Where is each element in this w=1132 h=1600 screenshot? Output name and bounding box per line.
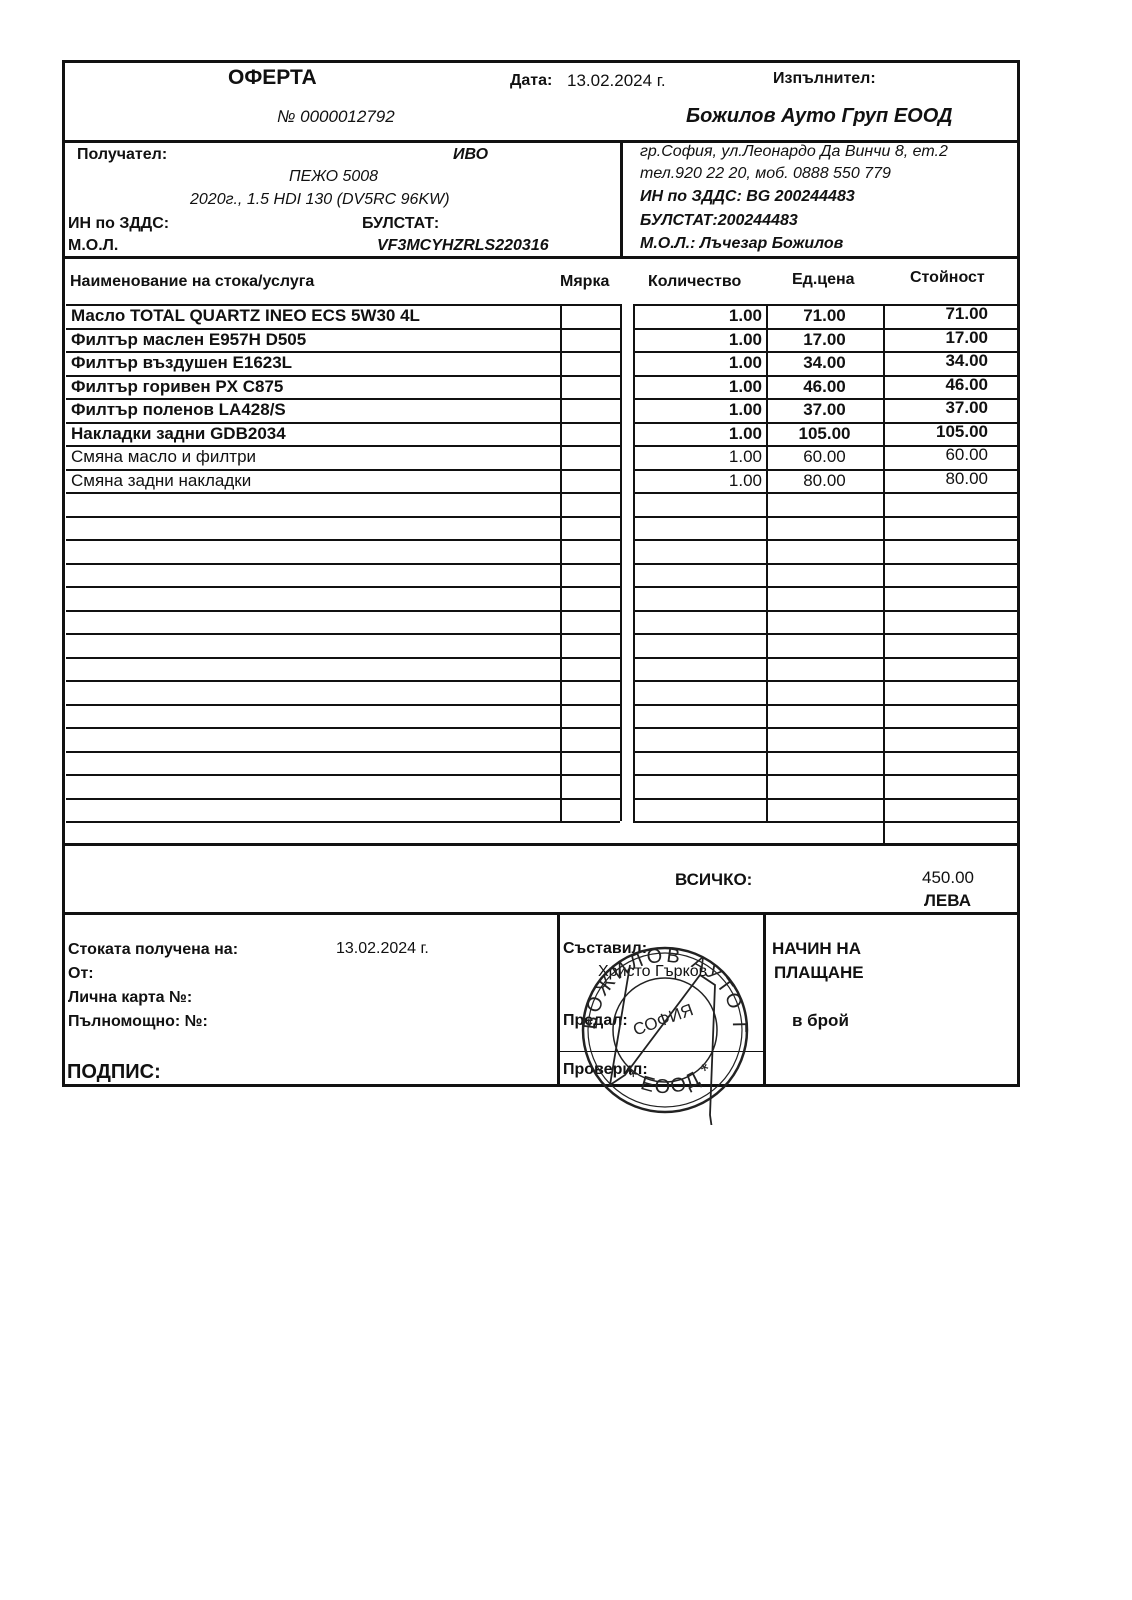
col-header-unit: Мярка — [560, 273, 609, 291]
executor-mol: М.О.Л.: Лъчезар Божилов — [640, 235, 843, 253]
date-value: 13.02.2024 г. — [567, 71, 666, 91]
document-title: ОФЕРТА — [228, 66, 317, 90]
divider — [557, 1051, 763, 1052]
item-price: 71.00 — [766, 306, 883, 326]
item-qty: 1.00 — [633, 377, 762, 397]
handed-label: Предал: — [563, 1012, 628, 1030]
row-divider — [66, 492, 620, 494]
item-name: Филтър маслен E957H D505 — [71, 330, 306, 350]
recipient-name: ИВО — [453, 146, 488, 164]
received-label: Стоката получена на: — [68, 941, 238, 959]
item-name: Накладки задни GDB2034 — [71, 424, 286, 444]
row-divider — [633, 798, 1018, 800]
row-divider — [66, 610, 620, 612]
item-total: 80.00 — [883, 469, 988, 489]
item-total: 105.00 — [883, 422, 988, 442]
recipient-bulstat-label: БУЛСТАТ: — [362, 215, 439, 233]
executor-address: гр.София, ул.Леонардо Да Винчи 8, ет.2 — [640, 143, 948, 161]
row-divider — [66, 680, 620, 682]
col-header-qty: Количество — [648, 273, 741, 291]
row-divider — [633, 586, 1018, 588]
item-qty: 1.00 — [633, 424, 762, 444]
from-label: От: — [68, 965, 94, 983]
item-price: 17.00 — [766, 330, 883, 350]
item-total: 37.00 — [883, 398, 988, 418]
row-divider — [633, 704, 1018, 706]
row-divider — [66, 586, 620, 588]
row-divider — [66, 539, 620, 541]
item-name: Смяна масло и филтри — [71, 447, 256, 467]
row-divider — [633, 492, 1018, 494]
vehicle-details: 2020г., 1.5 HDI 130 (DV5RC 96KW) — [190, 191, 450, 209]
row-divider — [66, 516, 620, 518]
item-qty: 1.00 — [633, 306, 762, 326]
recipient-mol-label: М.О.Л. — [68, 237, 118, 255]
row-divider — [633, 539, 1018, 541]
item-name: Филтър поленов LA428/S — [71, 400, 286, 420]
vehicle-model: ПЕЖО 5008 — [289, 168, 378, 186]
row-divider — [66, 821, 620, 823]
item-price: 46.00 — [766, 377, 883, 397]
item-name: Филтър горивен PX C875 — [71, 377, 283, 397]
total-label: ВСИЧКО: — [675, 870, 752, 890]
item-price: 34.00 — [766, 353, 883, 373]
id-card-label: Лична карта №: — [68, 989, 192, 1007]
divider — [62, 912, 1020, 915]
item-name: Смяна задни накладки — [71, 471, 251, 491]
item-name: Филтър въздушен E1623L — [71, 353, 292, 373]
row-divider — [633, 516, 1018, 518]
row-divider — [633, 774, 1018, 776]
received-date: 13.02.2024 г. — [336, 940, 429, 958]
col-header-price: Ед.цена — [792, 271, 855, 289]
proxy-label: Пълномощно: №: — [68, 1013, 208, 1031]
item-total: 34.00 — [883, 351, 988, 371]
row-divider — [66, 657, 620, 659]
date-label: Дата: — [510, 72, 552, 90]
column-divider — [620, 304, 622, 821]
executor-label: Изпълнител: — [773, 70, 876, 88]
row-divider — [633, 657, 1018, 659]
row-divider — [66, 704, 620, 706]
col-header-name: Наименование на стока/услуга — [70, 273, 314, 291]
col-header-total: Стойност — [910, 269, 985, 287]
item-price: 80.00 — [766, 471, 883, 491]
item-qty: 1.00 — [633, 353, 762, 373]
recipient-label: Получател: — [77, 146, 167, 164]
column-divider — [560, 304, 562, 821]
payment-label-2: ПЛАЩАНЕ — [774, 963, 864, 983]
row-divider — [633, 633, 1018, 635]
row-divider — [633, 727, 1018, 729]
row-divider — [633, 751, 1018, 753]
item-qty: 1.00 — [633, 330, 762, 350]
row-divider — [66, 563, 620, 565]
divider — [763, 912, 766, 1087]
row-divider — [633, 563, 1018, 565]
item-qty: 1.00 — [633, 447, 762, 467]
executor-name: Божилов Ауто Груп ЕООД — [686, 105, 952, 128]
vehicle-vin: VF3MCYHZRLS220316 — [377, 237, 549, 255]
offer-number: № 0000012792 — [277, 107, 395, 127]
payment-label-1: НАЧИН НА — [772, 939, 861, 959]
item-price: 37.00 — [766, 400, 883, 420]
item-total: 46.00 — [883, 375, 988, 395]
recipient-vat-label: ИН по ЗДДС: — [68, 215, 169, 233]
checked-label: Проверил: — [563, 1061, 648, 1079]
total-value: 450.00 — [922, 868, 974, 888]
row-divider — [66, 798, 620, 800]
item-price: 105.00 — [766, 424, 883, 444]
divider — [62, 843, 1020, 846]
row-divider — [633, 821, 1018, 823]
executor-bulstat: БУЛСТАТ:200244483 — [640, 212, 798, 230]
item-name: Масло TOTAL QUARTZ INEO ECS 5W30 4L — [71, 306, 420, 326]
signature-label: ПОДПИС: — [67, 1061, 161, 1084]
item-total: 71.00 — [883, 304, 988, 324]
row-divider — [633, 610, 1018, 612]
item-price: 60.00 — [766, 447, 883, 467]
payment-method: в брой — [792, 1011, 849, 1031]
item-total: 17.00 — [883, 328, 988, 348]
row-divider — [633, 680, 1018, 682]
row-divider — [66, 774, 620, 776]
row-divider — [66, 633, 620, 635]
row-divider — [66, 751, 620, 753]
divider — [557, 912, 560, 1087]
document-frame — [62, 60, 1020, 1087]
total-currency: ЛЕВА — [924, 891, 971, 911]
row-divider — [66, 727, 620, 729]
executor-vat: ИН по ЗДДС: BG 200244483 — [640, 188, 855, 206]
item-qty: 1.00 — [633, 400, 762, 420]
item-qty: 1.00 — [633, 471, 762, 491]
item-total: 60.00 — [883, 445, 988, 465]
divider — [620, 140, 623, 256]
compiled-label: Съставил: — [563, 940, 647, 958]
compiled-by: Христо Гърков — [598, 963, 707, 981]
executor-phones: тел.920 22 20, моб. 0888 550 779 — [640, 165, 891, 183]
divider — [62, 256, 1020, 259]
